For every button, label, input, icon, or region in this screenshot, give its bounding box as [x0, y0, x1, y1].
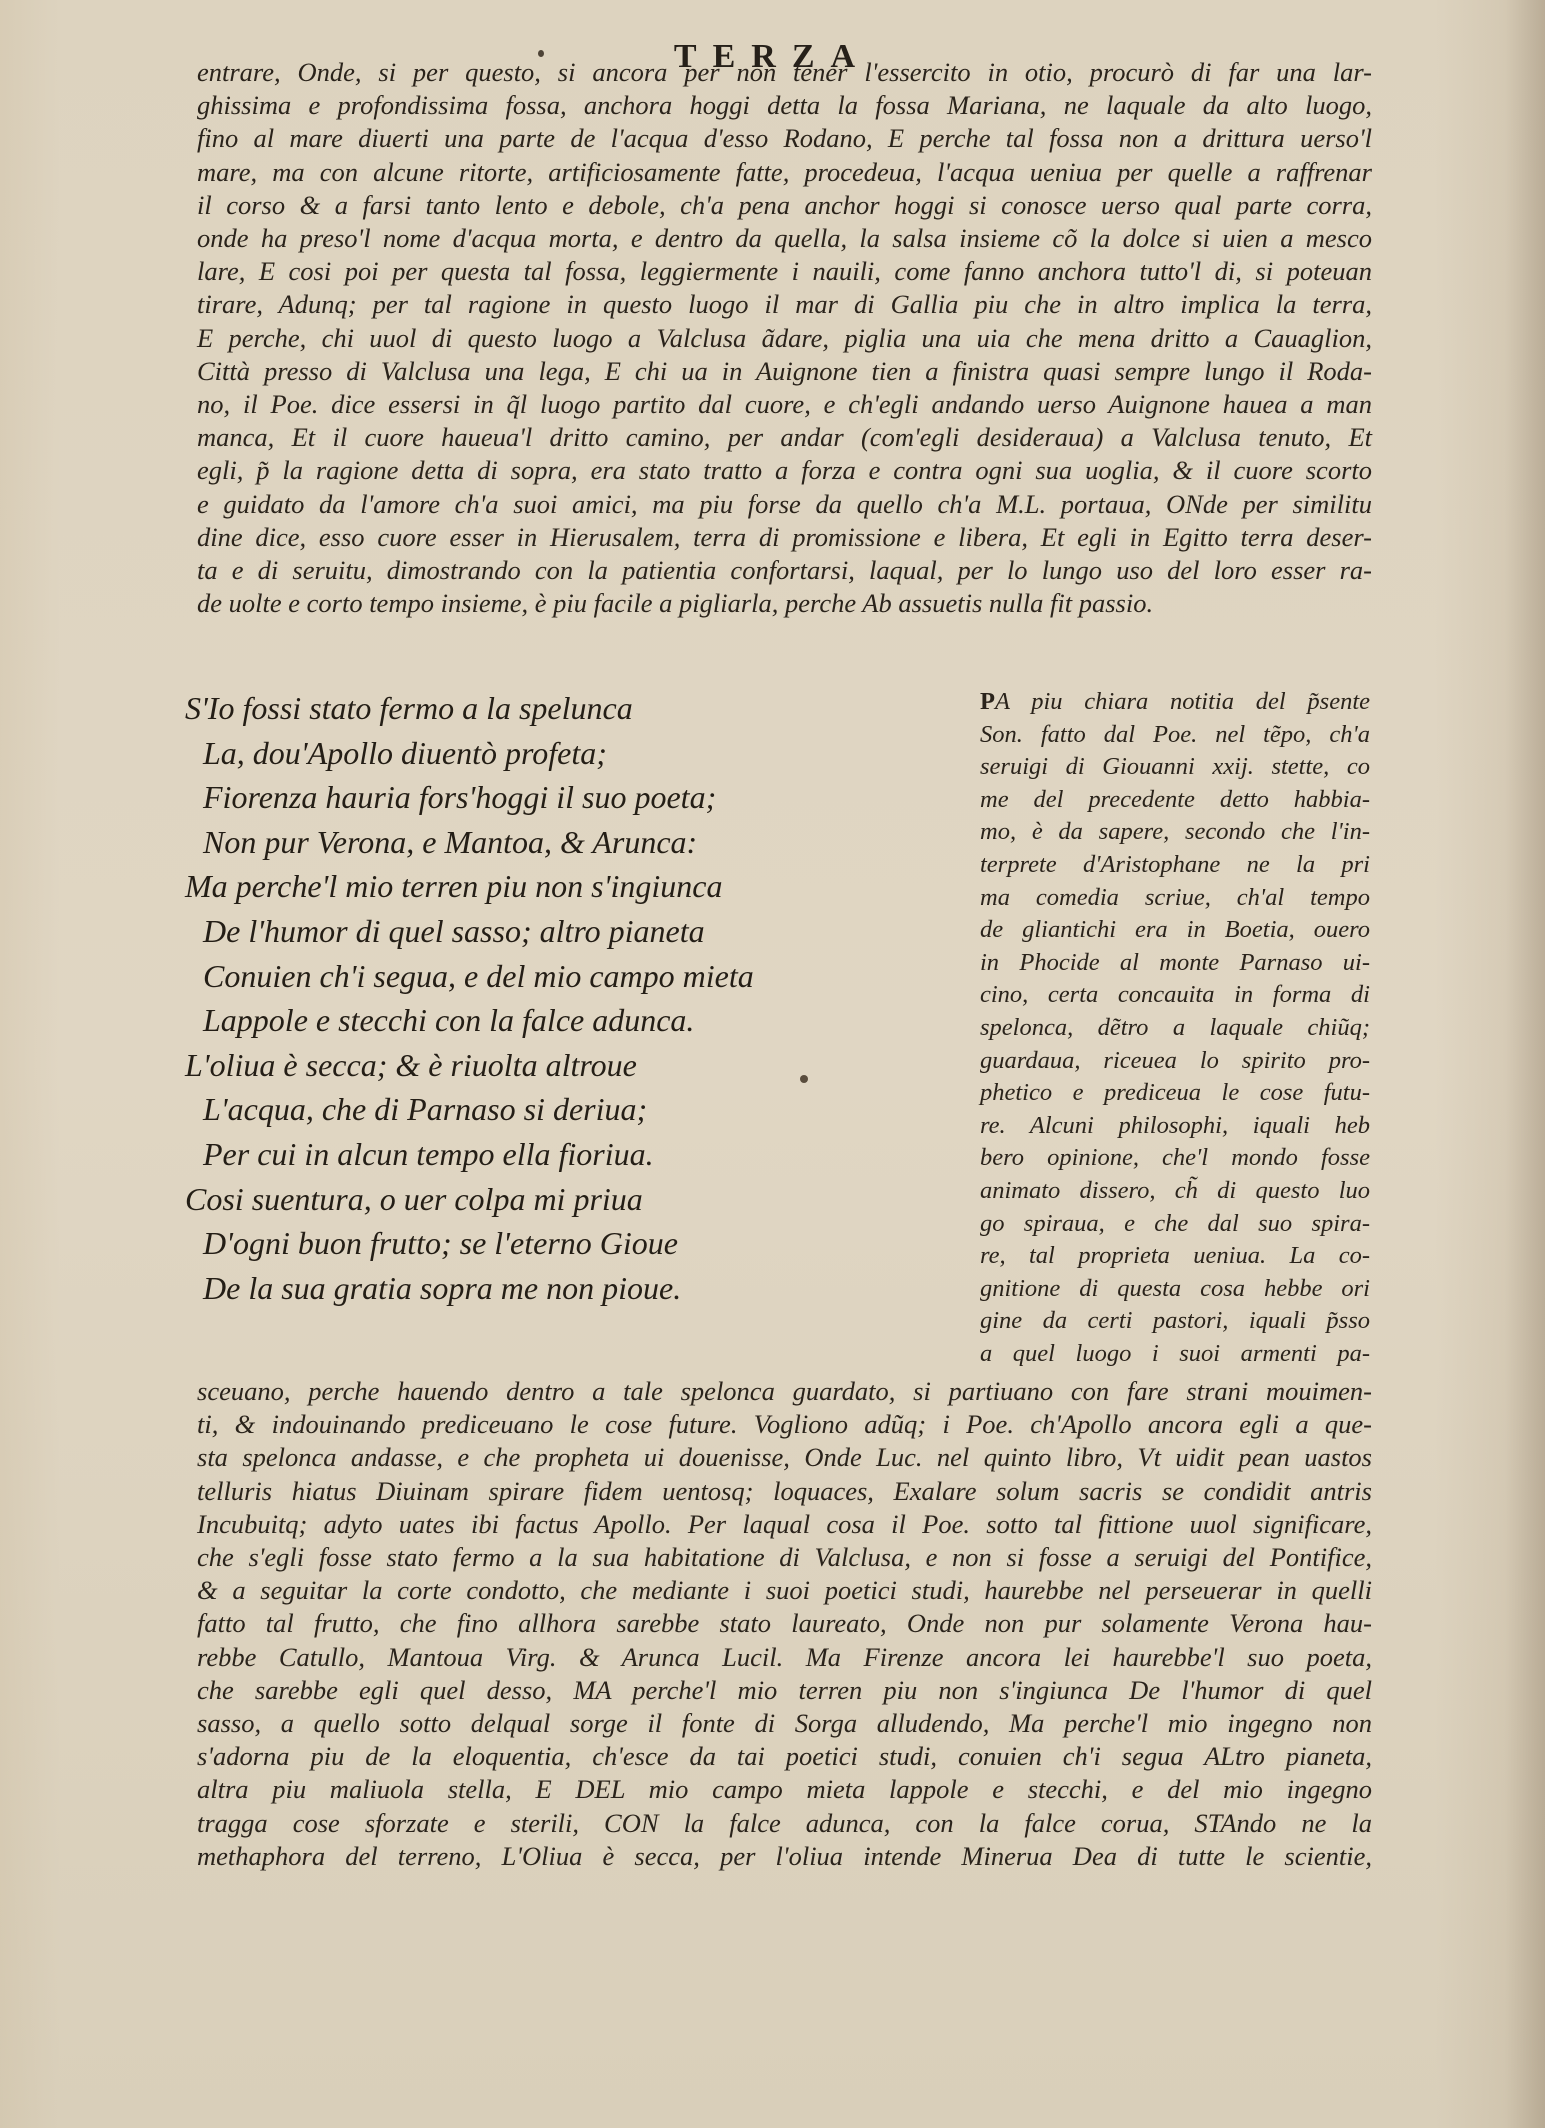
commentary-line: methaphora del terreno, L'Oliua è secca,… — [197, 1840, 1372, 1873]
commentary-line: e guidato da l'amore ch'a suoi amici, ma… — [197, 488, 1372, 521]
sonnet-verse: La, dou'Apollo diuentò profeta; — [185, 731, 825, 776]
commentary-line: altra piu maliuola stella, E DEL mio cam… — [197, 1773, 1372, 1806]
commentary-line: phetico e prediceua le cose futu- — [980, 1077, 1370, 1110]
commentary-line: bero opinione, che'l mondo fosse — [980, 1142, 1370, 1175]
commentary-line: tragga cose sforzate e sterili, CON la f… — [197, 1807, 1372, 1840]
commentary-line: manca, Et il cuore haueua'l dritto camin… — [197, 421, 1372, 454]
sonnet-verse: Non pur Verona, e Mantoa, & Arunca: — [185, 820, 825, 865]
commentary-line: sceuano, perche hauendo dentro a tale sp… — [197, 1375, 1372, 1408]
commentary-line: seruigi di Giouanni xxij. stette, co — [980, 751, 1370, 784]
commentary-line: fatto tal frutto, che fino allhora sareb… — [197, 1607, 1372, 1640]
commentary-line: gnitione di questa cosa hebbe ori — [980, 1273, 1370, 1306]
commentary-line: & a seguitar la corte condotto, che medi… — [197, 1574, 1372, 1607]
commentary-line: lare, E cosi poi per questa tal fossa, l… — [197, 255, 1372, 288]
commentary-line: che sarebbe egli quel desso, MA perche'l… — [197, 1674, 1372, 1707]
commentary-line: entrare, Onde, si per questo, si ancora … — [197, 56, 1372, 89]
commentary-line: che s'egli fosse stato fermo a la sua ha… — [197, 1541, 1372, 1574]
commentary-line: ta e di seruitu, dimostrando con la pati… — [197, 554, 1372, 587]
commentary-line: telluris hiatus Diuinam spirare fidem ue… — [197, 1475, 1372, 1508]
commentary-line: onde ha preso'l nome d'acqua morta, e de… — [197, 222, 1372, 255]
sonnet-verse: Per cui in alcun tempo ella fioriua. — [185, 1132, 825, 1177]
commentary-line: A piu chiara notitia del p̃sente — [995, 688, 1370, 715]
commentary-line: dine dice, esso cuore esser in Hierusale… — [197, 521, 1372, 554]
ink-dot — [800, 1075, 808, 1083]
sonnet-verse: De la sua gratia sopra me non pioue. — [185, 1266, 825, 1311]
top-commentary-block: entrare, Onde, si per questo, si ancora … — [197, 56, 1372, 620]
commentary-line: go spiraua, e che dal suo spira- — [980, 1208, 1370, 1241]
commentary-line: no, il Poe. dice essersi in q̃l luogo pa… — [197, 388, 1372, 421]
commentary-line: mo, è da sapere, secondo che l'in- — [980, 816, 1370, 849]
commentary-line: rebbe Catullo, Mantoua Virg. & Arunca Lu… — [197, 1641, 1372, 1674]
commentary-line: re. Alcuni philosophi, iquali heb — [980, 1110, 1370, 1143]
commentary-line: me del precedente detto habbia- — [980, 784, 1370, 817]
commentary-line: ghissima e profondissima fossa, anchora … — [197, 89, 1372, 122]
commentary-line: tirare, Adunq; per tal ragione in questo… — [197, 288, 1372, 321]
commentary-line: de uolte e corto tempo insieme, è piu fa… — [197, 587, 1372, 620]
sonnet-verse: L'oliua è secca; & è riuolta altroue — [185, 1043, 825, 1088]
commentary-line: gine da certi pastori, iquali p̃sso — [980, 1305, 1370, 1338]
commentary-line: s'adorna piu de la eloquentia, ch'esce d… — [197, 1740, 1372, 1773]
commentary-line: sta spelonca andasse, e che propheta ui … — [197, 1441, 1372, 1474]
commentary-line: animato dissero, ch̃ di questo luo — [980, 1175, 1370, 1208]
commentary-line: Incubuitq; adyto uates ibi factus Apollo… — [197, 1508, 1372, 1541]
sonnet-verse: Fiorenza hauria fors'hoggi il suo poeta; — [185, 775, 825, 820]
commentary-line: ma comedia scriue, ch'al tempo — [980, 882, 1370, 915]
commentary-line: sasso, a quello sotto delqual sorge il f… — [197, 1707, 1372, 1740]
sonnet-verse: L'acqua, che di Parnaso si deriua; — [185, 1087, 825, 1132]
commentary-line: Son. fatto dal Poe. nel tẽpo, ch'a — [980, 719, 1370, 752]
sonnet-verse: De l'humor di quel sasso; altro pianeta — [185, 909, 825, 954]
commentary-line: a quel luogo i suoi armenti pa- — [980, 1338, 1370, 1371]
commentary-line: mare, ma con alcune ritorte, artificiosa… — [197, 156, 1372, 189]
commentary-line: ti, & indouinando prediceuano le cose fu… — [197, 1408, 1372, 1441]
commentary-line: re, tal proprieta ueniua. La co- — [980, 1240, 1370, 1273]
commentary-line: il corso & a farsi tanto lento e debole,… — [197, 189, 1372, 222]
commentary-line: E perche, chi uuol di questo luogo a Val… — [197, 322, 1372, 355]
sonnet-verse: D'ogni buon frutto; se l'eterno Gioue — [185, 1221, 825, 1266]
commentary-line: terprete d'Aristophane ne la pri — [980, 849, 1370, 882]
commentary-line: de gliantichi era in Boetia, ouero — [980, 914, 1370, 947]
sonnet-verse: Conuien ch'i segua, e del mio campo miet… — [185, 954, 825, 999]
commentary-line: egli, p̃ la ragione detta di sopra, era … — [197, 454, 1372, 487]
bottom-commentary-block: sceuano, perche hauendo dentro a tale sp… — [197, 1375, 1372, 1873]
sonnet-verse: Cosi suentura, o uer colpa mi priua — [185, 1177, 825, 1222]
commentary-line: spelonca, dẽtro a laquale chiũq; — [980, 1012, 1370, 1045]
commentary-line: Città presso di Valclusa una lega, E chi… — [197, 355, 1372, 388]
commentary-line: cino, certa concauita in forma di — [980, 979, 1370, 1012]
drop-cap: P — [980, 688, 995, 715]
book-page: TERZA entrare, Onde, si per questo, si a… — [0, 0, 1545, 2128]
commentary-line: fino al mare diuerti una parte de l'acqu… — [197, 122, 1372, 155]
sonnet-verse: Lappole e stecchi con la falce adunca. — [185, 998, 825, 1043]
sonnet-verse: Ma perche'l mio terren piu non s'ingiunc… — [185, 864, 825, 909]
sonnet: S'Io fossi stato fermo a la spelunca La,… — [185, 686, 825, 1310]
commentary-line: guardaua, riceuea lo spirito pro- — [980, 1045, 1370, 1078]
commentary-line: in Phocide al monte Parnaso ui- — [980, 947, 1370, 980]
side-commentary: PA piu chiara notitia del p̃sente Son. f… — [980, 686, 1370, 1370]
sonnet-verse: S'Io fossi stato fermo a la spelunca — [185, 686, 825, 731]
